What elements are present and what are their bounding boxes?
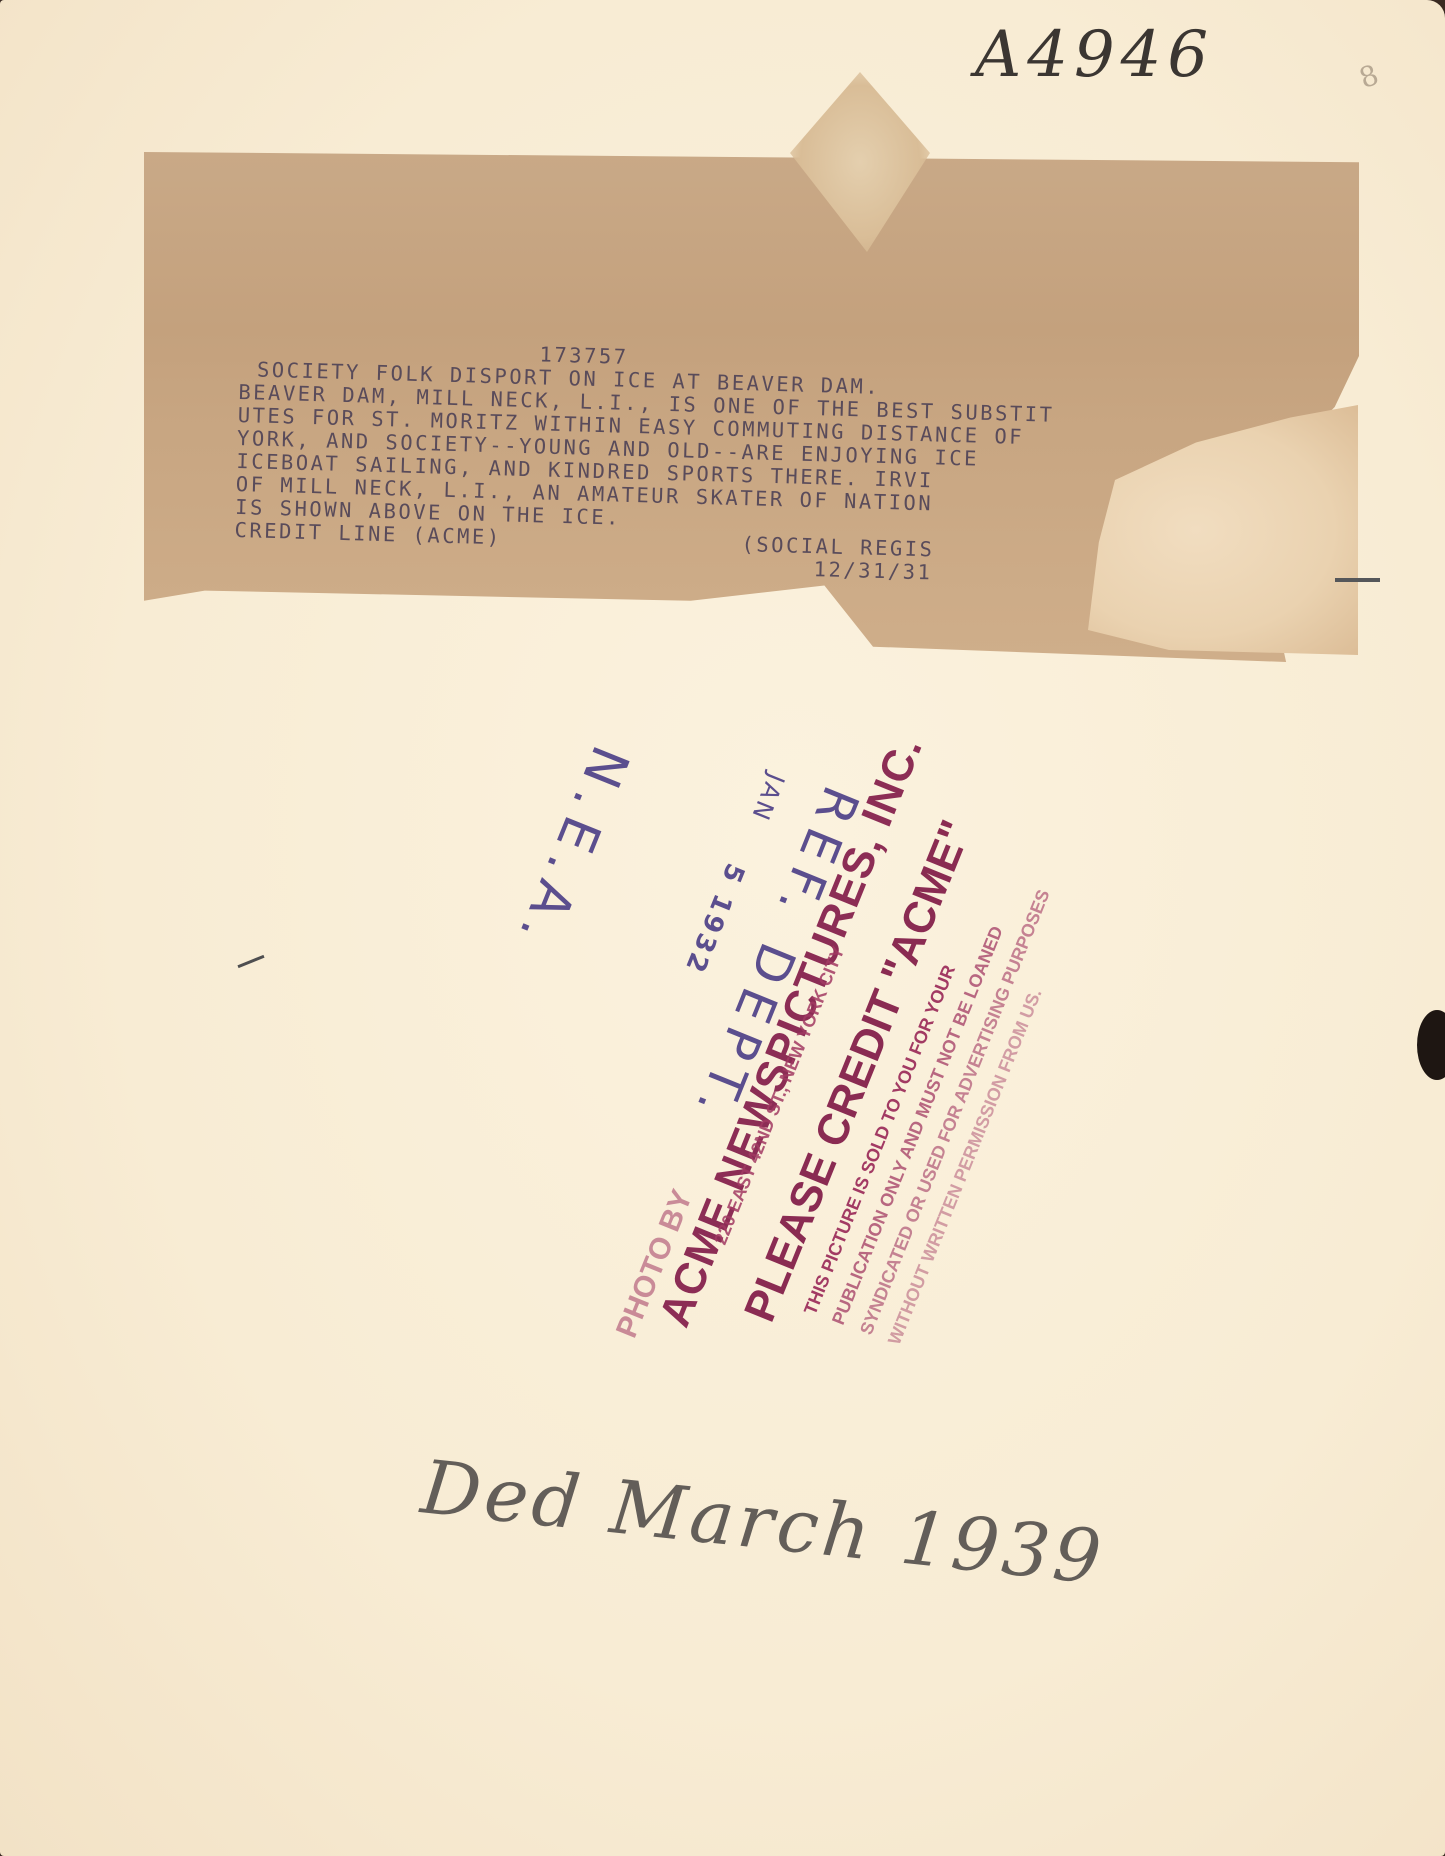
acme-credit-stamp: PHOTO BY ACME NEWSPICTURES, INC. 220 EAS…	[560, 730, 1200, 1430]
corner-pencil-mark: 8	[1355, 58, 1383, 95]
photo-back-page: A4946 8 173757 SOCIETY FOLK DISPORT ON I…	[0, 0, 1445, 1856]
handwritten-note: Ded March 1939	[417, 1444, 1108, 1601]
pencil-dash-left	[237, 955, 264, 968]
caption-text: 173757 SOCIETY FOLK DISPORT ON ICE AT BE…	[234, 335, 1140, 590]
page-edge-notch	[1417, 1010, 1445, 1080]
inventory-number: A4946	[975, 18, 1214, 92]
pencil-dash-right	[1335, 578, 1380, 582]
